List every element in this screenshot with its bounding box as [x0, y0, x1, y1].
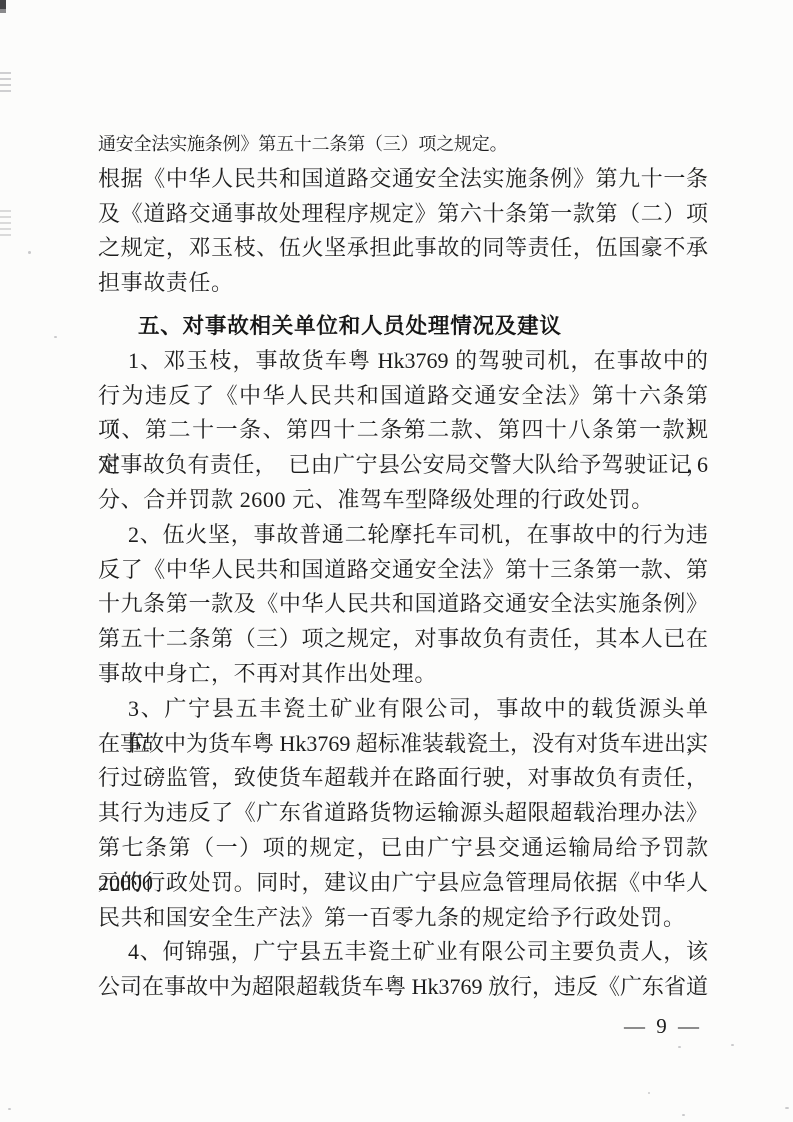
text-line: 民共和国安全生产法》第一百零九条的规定给予行政处罚。 — [98, 901, 708, 936]
scan-speck — [678, 1046, 681, 1048]
scan-speck — [54, 336, 57, 338]
text-line: 行为违反了《中华人民共和国道路交通安全法》第十六条第（一） — [98, 379, 708, 414]
text-line: 根据《中华人民共和国道路交通安全法实施条例》第九十一条 — [98, 162, 708, 197]
text-line: 行过磅监管，致使货车超载并在路面行驶，对事故负有责任， — [98, 761, 708, 796]
text-line: 反了《中华人民共和国道路交通安全法》第十三条第一款、第 — [98, 553, 708, 588]
scan-artifact-edge-marks — [0, 72, 11, 96]
text-line: 3、广宁县五丰瓷土矿业有限公司，事故中的载货源头单位， — [98, 692, 708, 727]
text-line: 1、邓玉枝，事故货车粤 Hk3769 的驾驶司机，在事故中的 — [98, 344, 708, 379]
text-line: 2、伍火坚，事故普通二轮摩托车司机，在事故中的行为违 — [98, 518, 708, 553]
scan-speck — [648, 1092, 650, 1094]
text-line: 及《道路交通事故处理程序规定》第六十条第一款第（二）项 — [98, 197, 708, 232]
text-line: 通安全法实施条例》第五十二条第（三）项之规定。 — [98, 127, 708, 162]
text-line: 对事故负有责任， 已由广宁县公安局交警大队给予驾驶证记 6 — [98, 448, 708, 483]
text-line: 在事故中为货车粤 Hk3769 超标准装载瓷土，没有对货车进出实 — [98, 727, 708, 762]
text-line: 其行为违反了《广东省道路货物运输源头超限超载治理办法》 — [98, 796, 708, 831]
section-heading: 五、对事故相关单位和人员处理情况及建议 — [98, 309, 708, 344]
scan-speck — [785, 1107, 789, 1109]
text-line: 事故中身亡，不再对其作出处理。 — [98, 657, 708, 692]
scan-artifact-corner — [0, 0, 6, 15]
text-line: 之规定，邓玉枝、伍火坚承担此事故的同等责任，伍国豪不承 — [98, 231, 708, 266]
text-line: 十九条第一款及《中华人民共和国道路交通安全法实施条例》 — [98, 587, 708, 622]
text-line: 担事故责任。 — [98, 266, 708, 301]
scan-speck — [682, 1114, 685, 1116]
text-line: 公司在事故中为超限超载货车粤 Hk3769 放行，违反《广东省道 — [98, 970, 708, 1005]
text-line: 分、合并罚款 2600 元、准驾车型降级处理的行政处罚。 — [98, 483, 708, 518]
text-line: 元的行政处罚。同时，建议由广宁县应急管理局依据《中华人 — [98, 866, 708, 901]
text-line: 项、第二十一条、第四十二条第二款、第四十八条第一款规定， — [98, 413, 708, 448]
scan-speck — [731, 1044, 734, 1046]
document-page: 通安全法实施条例》第五十二条第（三）项之规定。 根据《中华人民共和国道路交通安全… — [0, 0, 793, 1122]
scan-artifact-edge-marks — [0, 210, 11, 236]
page-number: — 9 — — [624, 1014, 702, 1039]
text-line: 第五十二条第（三）项之规定，对事故负有责任，其本人已在 — [98, 622, 708, 657]
text-line: 第七条第（一）项的规定，已由广宁县交通运输局给予罚款 20000 — [98, 831, 708, 866]
text-line: 4、何锦强，广宁县五丰瓷土矿业有限公司主要负责人，该 — [98, 935, 708, 970]
scan-speck — [28, 251, 31, 254]
scan-speck — [8, 1108, 11, 1110]
document-text: 通安全法实施条例》第五十二条第（三）项之规定。 根据《中华人民共和国道路交通安全… — [98, 127, 708, 1005]
